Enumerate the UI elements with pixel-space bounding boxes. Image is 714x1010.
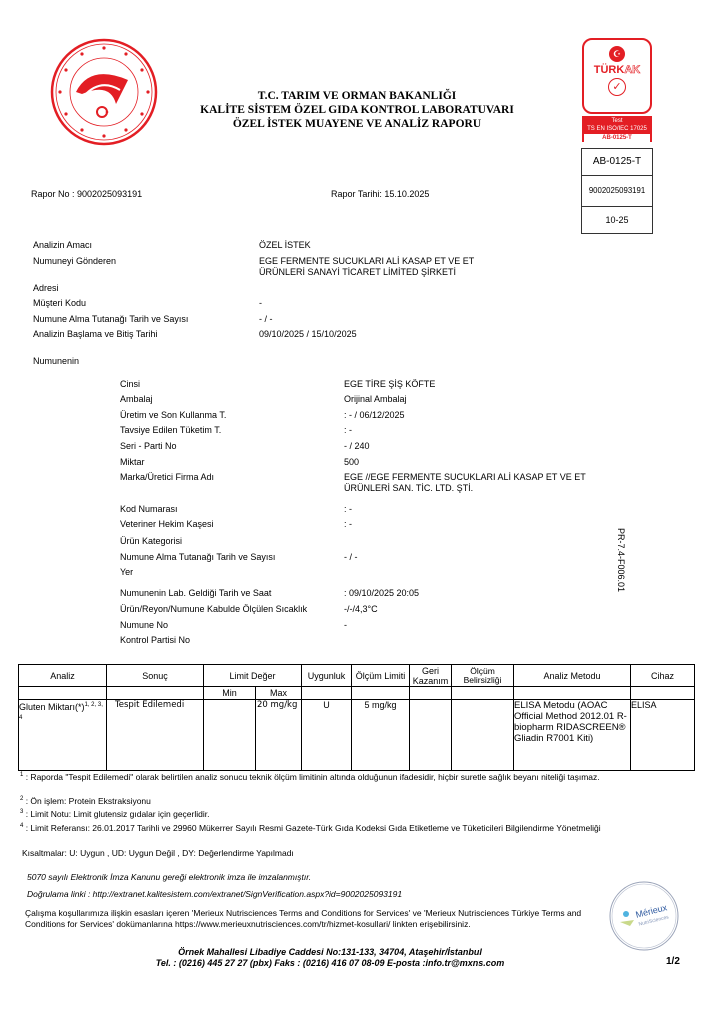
sample-label-vet-stamp: Veteriner Hekim Kaşesi — [120, 519, 214, 530]
col-header-recovery: Geri Kazanım — [410, 665, 452, 687]
info-value-customer-code: - — [259, 298, 262, 309]
col-header-result: Sonuç — [107, 665, 204, 687]
info-label-sender: Numuneyi Gönderen — [33, 256, 116, 267]
merieux-stamp: Mérieux NutriSciences — [608, 880, 680, 952]
title-line-lab: KALİTE SİSTEM ÖZEL GIDA KONTROL LABORATU… — [150, 103, 564, 117]
sample-value-quantity: 500 — [344, 457, 359, 468]
sample-value-vet-stamp: : - — [344, 519, 352, 530]
title-line-ministry: T.C. TARIM VE ORMAN BAKANLIĞI — [150, 89, 564, 103]
sample-label-temperature: Ürün/Reyon/Numune Kabulde Ölçülen Sıcakl… — [120, 604, 307, 615]
check-icon: ✓ — [608, 78, 626, 96]
sample-label-place: Yer — [120, 567, 133, 578]
cell-method: ELISA Metodu (AOAC Official Method 2012.… — [514, 700, 631, 771]
sample-label-control-batch: Kontrol Partisi No — [120, 635, 190, 646]
page-number: 1/2 — [666, 956, 680, 967]
e-signature-note: 5070 sayılı Elektronik İmza Kanunu gereğ… — [27, 872, 687, 883]
cell-result: Tespit Edilemedi — [107, 700, 204, 771]
form-code-text: PR-7.4-F006.01 — [616, 528, 626, 592]
cell-max: 20 mg/kg — [256, 700, 302, 771]
col-header-uncertainty: Ölçüm Belirsizliği — [452, 665, 514, 687]
report-number: Rapor No : 9002025093191 — [31, 189, 142, 200]
sample-value-packaging: Orijinal Ambalaj — [344, 394, 407, 405]
accreditation-side-box: AB-0125-T 9002025093191 10-25 — [581, 148, 653, 234]
col-subheader-min: Min — [204, 687, 256, 700]
info-value-analysis-dates: 09/10/2025 / 15/10/2025 — [259, 329, 357, 340]
turkak-brand-red: TÜRK — [594, 64, 625, 76]
sample-value-production-expiry: : - / 06/12/2025 — [344, 410, 405, 421]
footnote-3: 3 : Limit Notu: Limit glutensiz gıdalar … — [20, 807, 680, 820]
sample-label-code: Kod Numarası — [120, 504, 178, 515]
side-box-report-no: 9002025093191 — [582, 176, 652, 207]
terms-note: Çalışma koşullarımıza ilişkin esasları i… — [25, 908, 585, 930]
sample-value-brand-line2: ÜRÜNLERİ SAN. TİC. LTD. ŞTİ. — [344, 483, 473, 494]
sample-label-sampling-record: Numune Alma Tutanağı Tarih ve Sayısı — [120, 552, 275, 563]
sample-label-category: Ürün Kategorisi — [120, 536, 182, 547]
cell-uncertainty — [452, 700, 514, 771]
sample-value-type: EGE TİRE ŞİŞ KÖFTE — [344, 379, 435, 390]
report-date: Rapor Tarihi: 15.10.2025 — [331, 189, 429, 200]
ministry-seal-logo — [50, 38, 158, 146]
col-header-analysis: Analiz — [19, 665, 107, 687]
info-value-sampling-record: - / - — [259, 314, 273, 325]
sample-value-brand: EGE //EGE FERMENTE SUCUKLARI ALİ KASAP E… — [344, 472, 586, 483]
col-header-device: Cihaz — [631, 665, 695, 687]
sample-value-code: : - — [344, 504, 352, 515]
footnote-2: 2 : Ön işlem: Protein Ekstraksiyonu — [20, 794, 680, 807]
sample-value-temperature: -/-/4,3°C — [344, 604, 378, 615]
verification-link[interactable]: Doğrulama linki : http://extranet.kalite… — [27, 889, 687, 900]
footnote-4: 4 : Limit Referansı: 26.01.2017 Tarihli … — [20, 821, 680, 834]
sample-label-production-expiry: Üretim ve Son Kullanma T. — [120, 410, 226, 421]
crescent-star-icon: ☪ — [609, 46, 625, 62]
sample-label-arrival: Numunenin Lab. Geldiği Tarih ve Saat — [120, 588, 271, 599]
info-label-sample-section: Numunenin — [33, 356, 79, 367]
col-subheader-max: Max — [256, 687, 302, 700]
turkak-standard: TS EN ISO/IEC 17025 — [582, 125, 652, 133]
abbreviations: Kısaltmalar: U: Uygun , UD: Uygun Değil … — [22, 848, 682, 859]
info-label-customer-code: Müşteri Kodu — [33, 298, 86, 309]
info-label-analysis-dates: Analizin Başlama ve Bitiş Tarihi — [33, 329, 157, 340]
footnote-1: 1 : Raporda "Tespit Edilemedi" olarak be… — [20, 770, 680, 783]
cell-device: ELISA — [631, 700, 695, 771]
title-line-report: ÖZEL İSTEK MUAYENE VE ANALİZ RAPORU — [150, 117, 564, 131]
footer-address-block: Örnek Mahallesi Libadiye Caddesi No:131-… — [100, 947, 560, 969]
sample-label-best-before: Tavsiye Edilen Tüketim T. — [120, 425, 221, 436]
info-label-purpose: Analizin Amacı — [33, 240, 92, 251]
results-table: Analiz Sonuç Limit Değer Uygunluk Ölçüm … — [18, 664, 695, 771]
footer-contact: Tel. : (0216) 445 27 27 (pbx) Faks : (02… — [100, 958, 560, 969]
report-title: T.C. TARIM VE ORMAN BAKANLIĞI KALİTE SİS… — [150, 89, 564, 131]
sample-label-quantity: Miktar — [120, 457, 145, 468]
turkak-accreditation-logo: ☪ TÜRKAK ✓ Test TS EN ISO/IEC 17025 AB-0… — [582, 38, 654, 148]
cell-recovery — [410, 700, 452, 771]
sample-value-sampling-record: - / - — [344, 552, 358, 563]
sample-label-batch: Seri - Parti No — [120, 441, 177, 452]
sample-value-batch: - / 240 — [344, 441, 370, 452]
side-box-accreditation-no: AB-0125-T — [582, 149, 652, 176]
sample-value-best-before: : - — [344, 425, 352, 436]
sample-label-brand: Marka/Üretici Firma Adı — [120, 472, 214, 483]
sample-label-sample-no: Numune No — [120, 620, 168, 631]
info-value-sender: EGE FERMENTE SUCUKLARI ALİ KASAP ET VE E… — [259, 256, 474, 267]
cell-measurement-limit: 5 mg/kg — [352, 700, 410, 771]
cell-conformity: U — [302, 700, 352, 771]
col-header-method: Analiz Metodu — [514, 665, 631, 687]
cell-min — [204, 700, 256, 771]
turkak-brand-outline: AK — [624, 64, 640, 76]
info-label-sampling-record: Numune Alma Tutanağı Tarih ve Sayısı — [33, 314, 188, 325]
col-header-measurement-limit: Ölçüm Limiti — [352, 665, 410, 687]
form-code-vertical: PR-7.4-F006.01 — [612, 528, 632, 608]
turkak-code: AB-0125-T — [584, 134, 650, 142]
sample-label-packaging: Ambalaj — [120, 394, 153, 405]
sample-value-arrival: : 09/10/2025 20:05 — [344, 588, 419, 599]
col-header-limit: Limit Değer — [204, 665, 302, 687]
side-box-revision: 10-25 — [582, 207, 652, 233]
col-header-conformity: Uygunluk — [302, 665, 352, 687]
cell-analysis: Gluten Miktarı(*) — [19, 702, 85, 712]
footer-address: Örnek Mahallesi Libadiye Caddesi No:131-… — [100, 947, 560, 958]
turkak-test-label: Test — [582, 117, 652, 125]
sample-value-sample-no: - — [344, 620, 347, 631]
info-value-purpose: ÖZEL İSTEK — [259, 240, 311, 251]
info-value-sender-line2: ÜRÜNLERİ SANAYİ TİCARET LİMİTED ŞİRKETİ — [259, 267, 456, 278]
sample-label-type: Cinsi — [120, 379, 140, 390]
info-label-address: Adresi — [33, 283, 59, 294]
table-row: Gluten Miktarı(*)1, 2, 3, 4 Tespit Edile… — [19, 700, 695, 771]
